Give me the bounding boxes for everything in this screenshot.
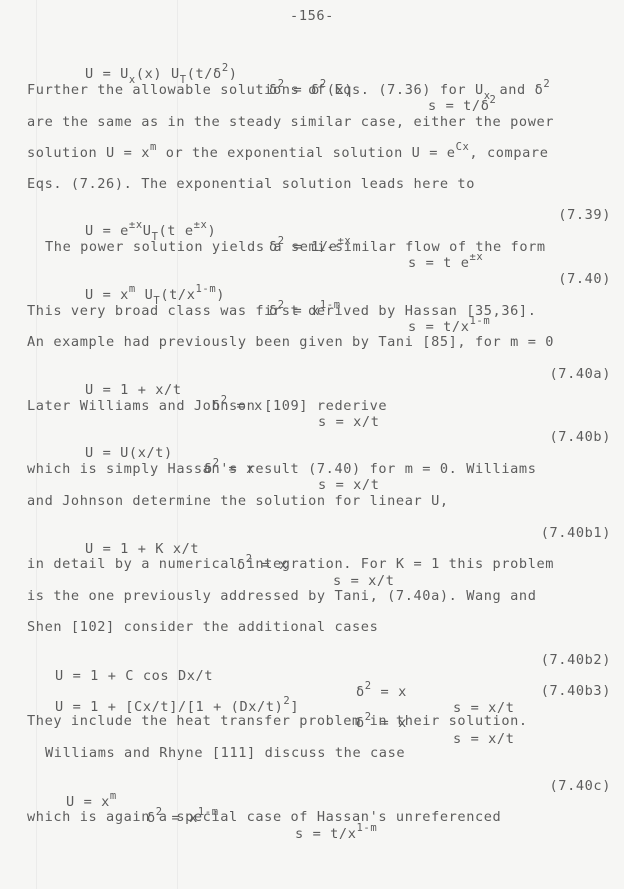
paragraph-line: solution U = xm or the exponential solut… [27, 145, 548, 161]
equation-number: (7.40) [558, 271, 611, 287]
scan-margin-line [36, 0, 37, 889]
page-number: -156- [0, 8, 624, 24]
paragraph-line: Eqs. (7.26). The exponential solution le… [27, 176, 475, 192]
equation-number: (7.40b2) [541, 652, 611, 668]
paragraph-line: which is simply Hassan's result (7.40) f… [27, 461, 536, 477]
paragraph-line: The power solution yields a semi-similar… [45, 239, 546, 255]
equation-number: (7.40b) [550, 429, 612, 445]
paragraph-line: They include the heat transfer problem i… [27, 713, 528, 729]
paragraph-line: Williams and Rhyne [111] discuss the cas… [45, 745, 405, 761]
equation-number: (7.40c) [550, 778, 612, 794]
paragraph-line: which is again a special case of Hassan'… [27, 809, 501, 825]
paragraph-line: and Johnson determine the solution for l… [27, 493, 449, 509]
paragraph-line: is the one previously addressed by Tani,… [27, 588, 536, 604]
paragraph-line: Shen [102] consider the additional cases [27, 619, 378, 635]
equation-number: (7.39) [558, 207, 611, 223]
paragraph-line: are the same as in the steady similar ca… [27, 114, 554, 130]
paragraph-line: Further the allowable solutions of Eqs. … [27, 82, 550, 98]
equation-number: (7.40b1) [541, 525, 611, 541]
equation-number: (7.40b3) [541, 683, 611, 699]
paragraph-line: Later Williams and Johnson [109] rederiv… [27, 398, 387, 414]
paragraph-line: This very broad class was first derived … [27, 303, 536, 319]
equation-number: (7.40a) [550, 366, 612, 382]
paragraph-line: in detail by a numerical integration. Fo… [27, 556, 554, 572]
paragraph-line: An example had previously been given by … [27, 334, 554, 350]
